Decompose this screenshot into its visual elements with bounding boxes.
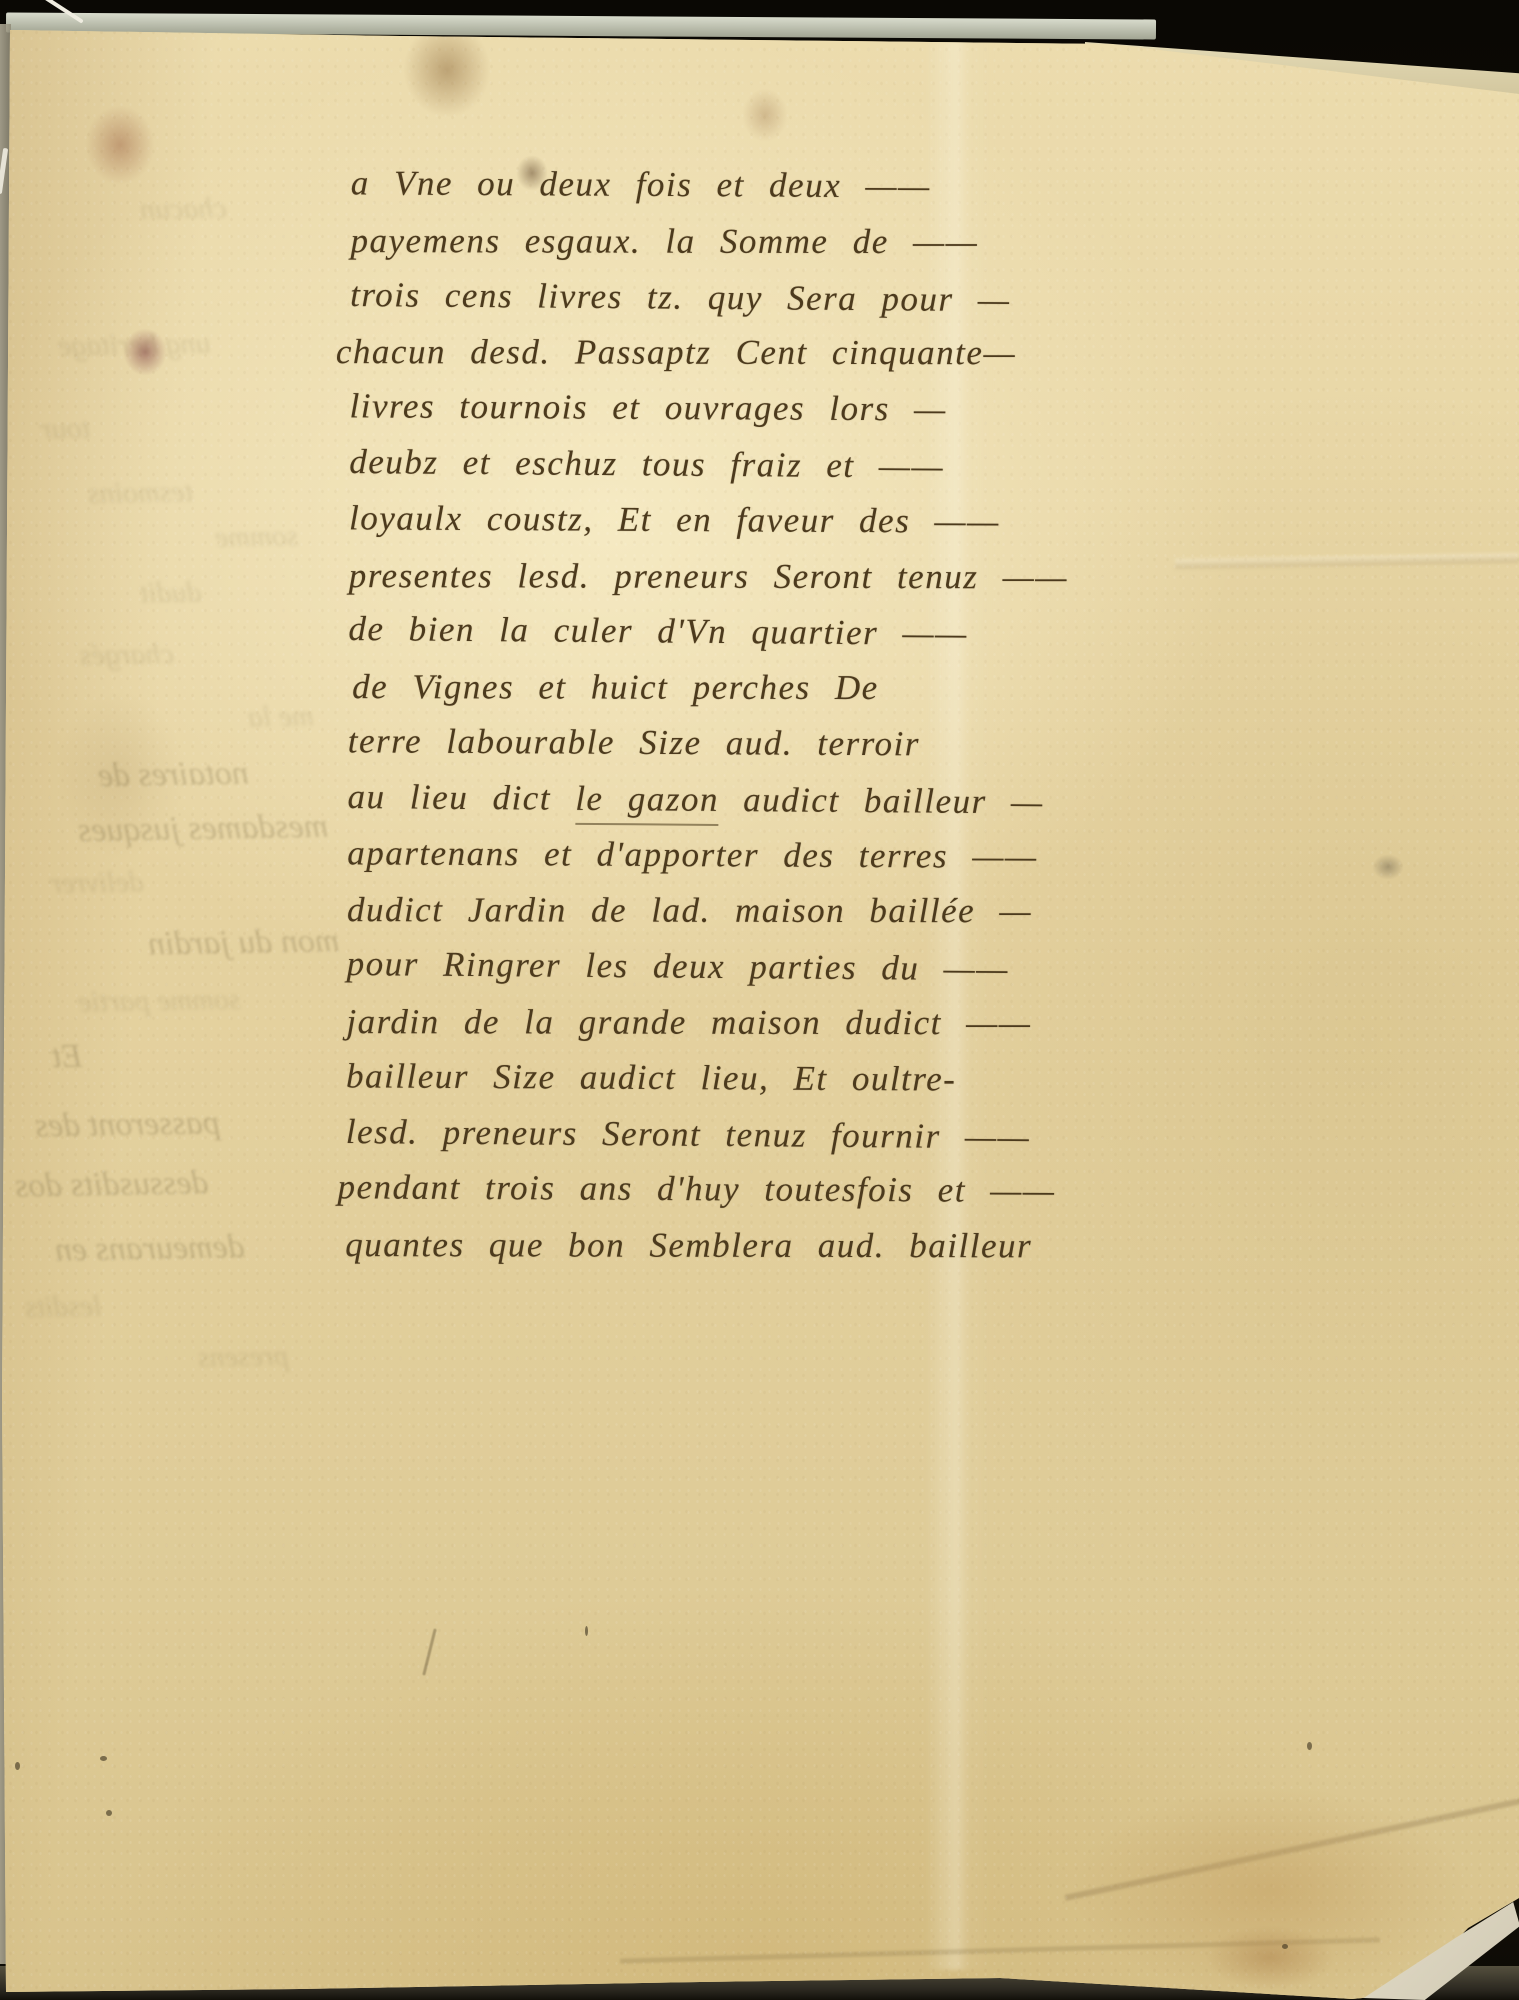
manuscript-line: pour Ringrer les deux parties du —— <box>346 936 1356 1000</box>
photo-background: chacun ung heritage tour tesmoins somme … <box>0 0 1519 2000</box>
bleedthrough-text: passeront des <box>35 1104 220 1145</box>
manuscript-line: bailleur Size audict lieu, Et oultre- <box>346 1048 1356 1109</box>
stain <box>742 88 788 142</box>
bleedthrough-text: mon du jardin <box>148 922 340 963</box>
manuscript-line: jardin de la grande maison dudict —— <box>346 994 1356 1052</box>
line-text: audict bailleur — <box>719 780 1044 822</box>
bleedthrough-text: lesdits <box>25 1289 102 1324</box>
ink-speck <box>106 1810 112 1816</box>
manuscript-line: payemens esgaux. la Somme de —— <box>350 213 1360 271</box>
underlined-place-name: le gazon <box>575 779 719 826</box>
bleedthrough-text: presens <box>198 1339 289 1375</box>
manuscript-line: loyaulx coustz, Et en faveur des —— <box>349 490 1359 551</box>
manuscript-line: livres tournois et ouvrages lors — <box>349 379 1359 440</box>
bleedthrough-text: somme partie <box>78 983 241 1020</box>
ink-speck <box>15 1762 20 1770</box>
bleedthrough-text: somme <box>215 519 299 554</box>
manuscript-line: de Vignes et huict perches De <box>352 659 1358 717</box>
manuscript-line: terre labourable Size aud. terroir <box>348 713 1358 774</box>
manuscript-text-block: a Vne ou deux fois et deux —— payemens e… <box>345 155 1361 1276</box>
manuscript-line: a Vne ou deux fois et deux —— <box>351 155 1361 216</box>
bleedthrough-text: notaires de <box>98 755 249 796</box>
ink-speck <box>1282 1944 1288 1949</box>
manuscript-line: apartenans et d'apporter des terres —— <box>347 825 1357 886</box>
manuscript-line: deubz et eschuz tous fraiz et —— <box>349 434 1359 498</box>
bleedthrough-text: demeurans en <box>55 1228 245 1269</box>
manuscript-line: au lieu dict le gazon audict bailleur — <box>347 769 1357 833</box>
manuscript-page: chacun ung heritage tour tesmoins somme … <box>0 0 1519 2000</box>
stain <box>85 105 155 185</box>
ink-speck <box>585 1626 588 1636</box>
manuscript-line: trois cens livres tz. quy Sera pour — <box>350 267 1360 331</box>
bleedthrough-text: chacun <box>140 191 227 227</box>
bleedthrough-text: ung heritage <box>58 327 211 364</box>
bleedthrough-text: dudit <box>140 575 202 610</box>
bleedthrough-text: delivrer <box>50 865 144 901</box>
bleedthrough-text: mesdames jusques <box>78 808 329 850</box>
manuscript-line: chacun desd. Passaptz Cent cinquante— <box>336 324 1360 382</box>
ink-speck <box>1307 1742 1312 1750</box>
manuscript-line: presentes lesd. preneurs Seront tenuz —— <box>349 548 1359 606</box>
manuscript-line: pendant trois ans d'huy toutesfois et —— <box>337 1160 1355 1221</box>
bleedthrough-text: tour <box>40 412 91 447</box>
manuscript-line: de bien la culer d'Vn quartier —— <box>348 601 1358 665</box>
bleedthrough-text: Et <box>52 1038 83 1077</box>
bleedthrough-text: tesmoins <box>88 475 194 511</box>
manuscript-line: lesd. preneurs Seront tenuz fournir —— <box>346 1104 1356 1168</box>
line-text: au lieu dict <box>347 777 575 818</box>
ink-speck <box>100 1756 107 1761</box>
bleedthrough-text: chargés <box>80 637 174 673</box>
stain <box>1372 854 1404 880</box>
stain <box>403 22 491 118</box>
stain <box>1205 1925 1335 1990</box>
bleedthrough-text: me la <box>248 699 314 734</box>
manuscript-line: dudict Jardin de lad. maison baillée — <box>347 882 1357 940</box>
manuscript-line: quantes que bon Semblera aud. bailleur <box>345 1217 1355 1275</box>
bleedthrough-text: dessusdits dos <box>15 1164 209 1205</box>
